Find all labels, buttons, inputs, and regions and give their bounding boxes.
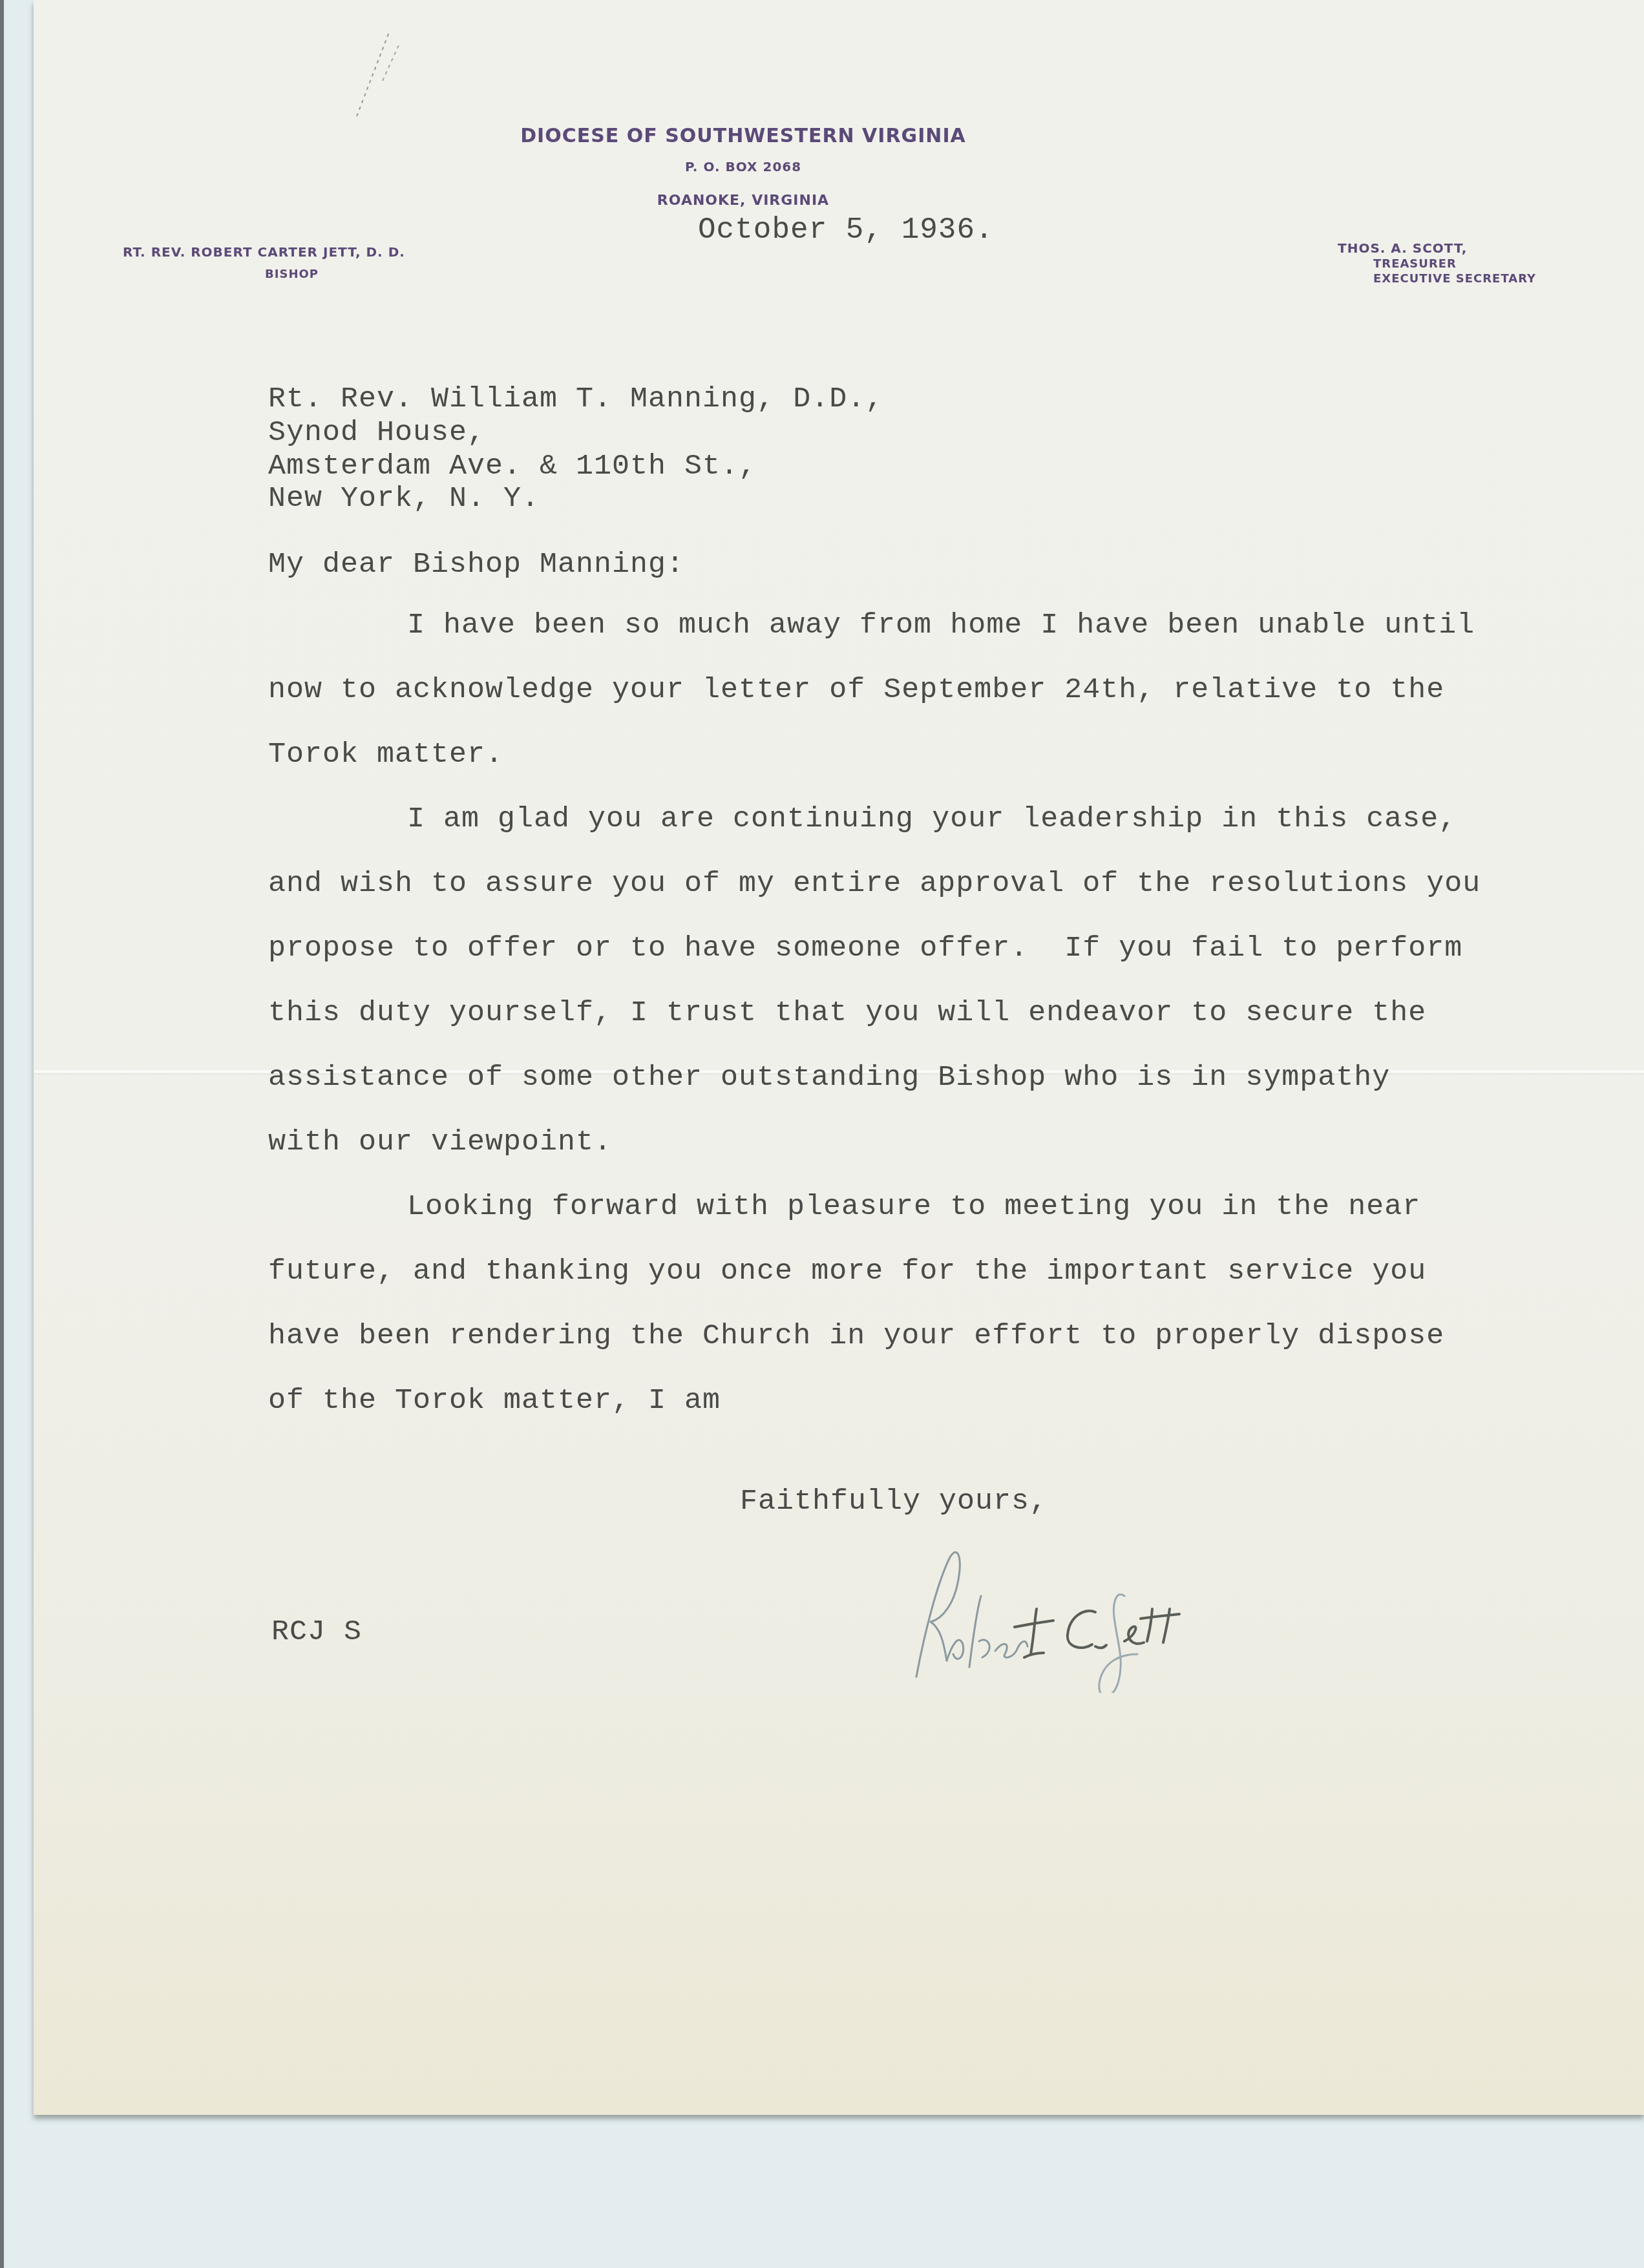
- body-line: this duty yourself, I trust that you wil…: [268, 996, 1426, 1029]
- body-line: I have been so much away from home I hav…: [407, 609, 1475, 642]
- body-line: and wish to assure you of my entire appr…: [268, 867, 1481, 900]
- closing: Faithfully yours,: [740, 1485, 1048, 1518]
- body-line: now to acknowledge your letter of Septem…: [268, 673, 1444, 706]
- letterhead-treasurer-title: Treasurer: [1373, 257, 1457, 271]
- letterhead-executive-secretary-title: Executive Secretary: [1373, 272, 1536, 286]
- letterhead-bishop-title: Bishop: [265, 268, 319, 281]
- recipient-address-line: Amsterdam Ave. & 110th St.,: [268, 450, 757, 483]
- salutation: My dear Bishop Manning:: [268, 548, 684, 581]
- recipient-name: Rt. Rev. William T. Manning, D.D.,: [268, 383, 883, 415]
- recipient-address-line: New York, N. Y.: [268, 482, 540, 515]
- letterhead-treasurer-name: Thos. A. Scott,: [1338, 240, 1467, 256]
- body-line: assistance of some other outstanding Bis…: [268, 1061, 1390, 1094]
- body-line: with our viewpoint.: [268, 1126, 612, 1159]
- body-line: of the Torok matter, I am: [268, 1384, 721, 1417]
- body-line: propose to offer or to have someone offe…: [268, 932, 1462, 965]
- letterhead-bishop-name: Rt. Rev. Robert Carter Jett, D. D.: [123, 244, 405, 260]
- body-line: Looking forward with pleasure to meeting…: [407, 1190, 1420, 1223]
- letterhead-organization: Diocese of Southwestern Virginia: [271, 125, 1215, 147]
- body-line: future, and thanking you once more for t…: [268, 1255, 1426, 1288]
- typist-initials: RCJ S: [271, 1615, 362, 1648]
- body-line: have been rendering the Church in your e…: [268, 1319, 1444, 1352]
- pencil-mark-icon: [350, 19, 402, 116]
- letterhead-city: Roanoke, Virginia: [271, 193, 1215, 209]
- letter-date: October 5, 1936.: [698, 213, 994, 247]
- scanner-edge: [0, 0, 4, 2268]
- body-line: Torok matter.: [268, 738, 503, 771]
- body-line: I am glad you are continuing your leader…: [407, 803, 1457, 835]
- recipient-address-line: Synod House,: [268, 416, 485, 449]
- letterhead-po-box: P. O. Box 2068: [271, 159, 1215, 174]
- handwritten-signature: [898, 1531, 1234, 1693]
- letter-paper: [34, 0, 1644, 2115]
